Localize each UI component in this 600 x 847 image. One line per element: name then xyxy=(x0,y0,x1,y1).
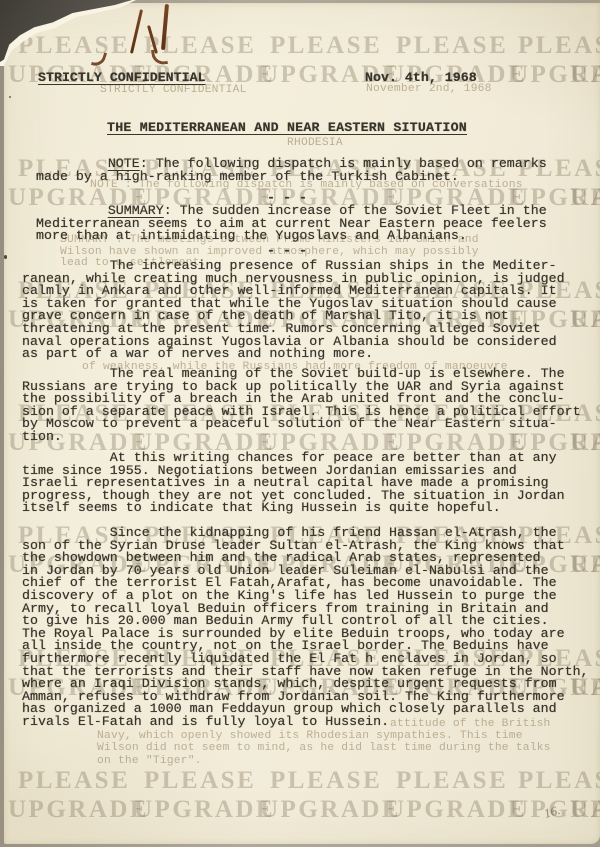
document-date: Nov. 4th, 1968 xyxy=(365,70,477,85)
body-paragraph: The increasing presence of Russian ships… xyxy=(22,260,565,361)
body-paragraph: The real meaning of the Soviet build-up … xyxy=(22,368,581,444)
section-divider: - - - xyxy=(0,243,574,258)
summary-paragraph: SUMMARY: The sudden increase of the Sovi… xyxy=(36,205,547,243)
typed-content: STRICTLY CONFIDENTIAL Nov. 4th, 1968 THE… xyxy=(0,0,600,847)
classification-label: STRICTLY CONFIDENTIAL xyxy=(38,70,206,85)
document-title: THE MEDITERRANEAN AND NEAR EASTERN SITUA… xyxy=(0,120,574,135)
body-paragraph: Since the kidnapping of his friend Hassa… xyxy=(22,527,589,729)
body-paragraph: At this writing chances for peace are be… xyxy=(22,452,565,515)
note-paragraph: NOTE: The following dispatch is mainly b… xyxy=(36,158,547,183)
scanned-page: PLEASEPLEASEPLEASEPLEASEPLEASEUPGRADEUPG… xyxy=(0,0,600,847)
